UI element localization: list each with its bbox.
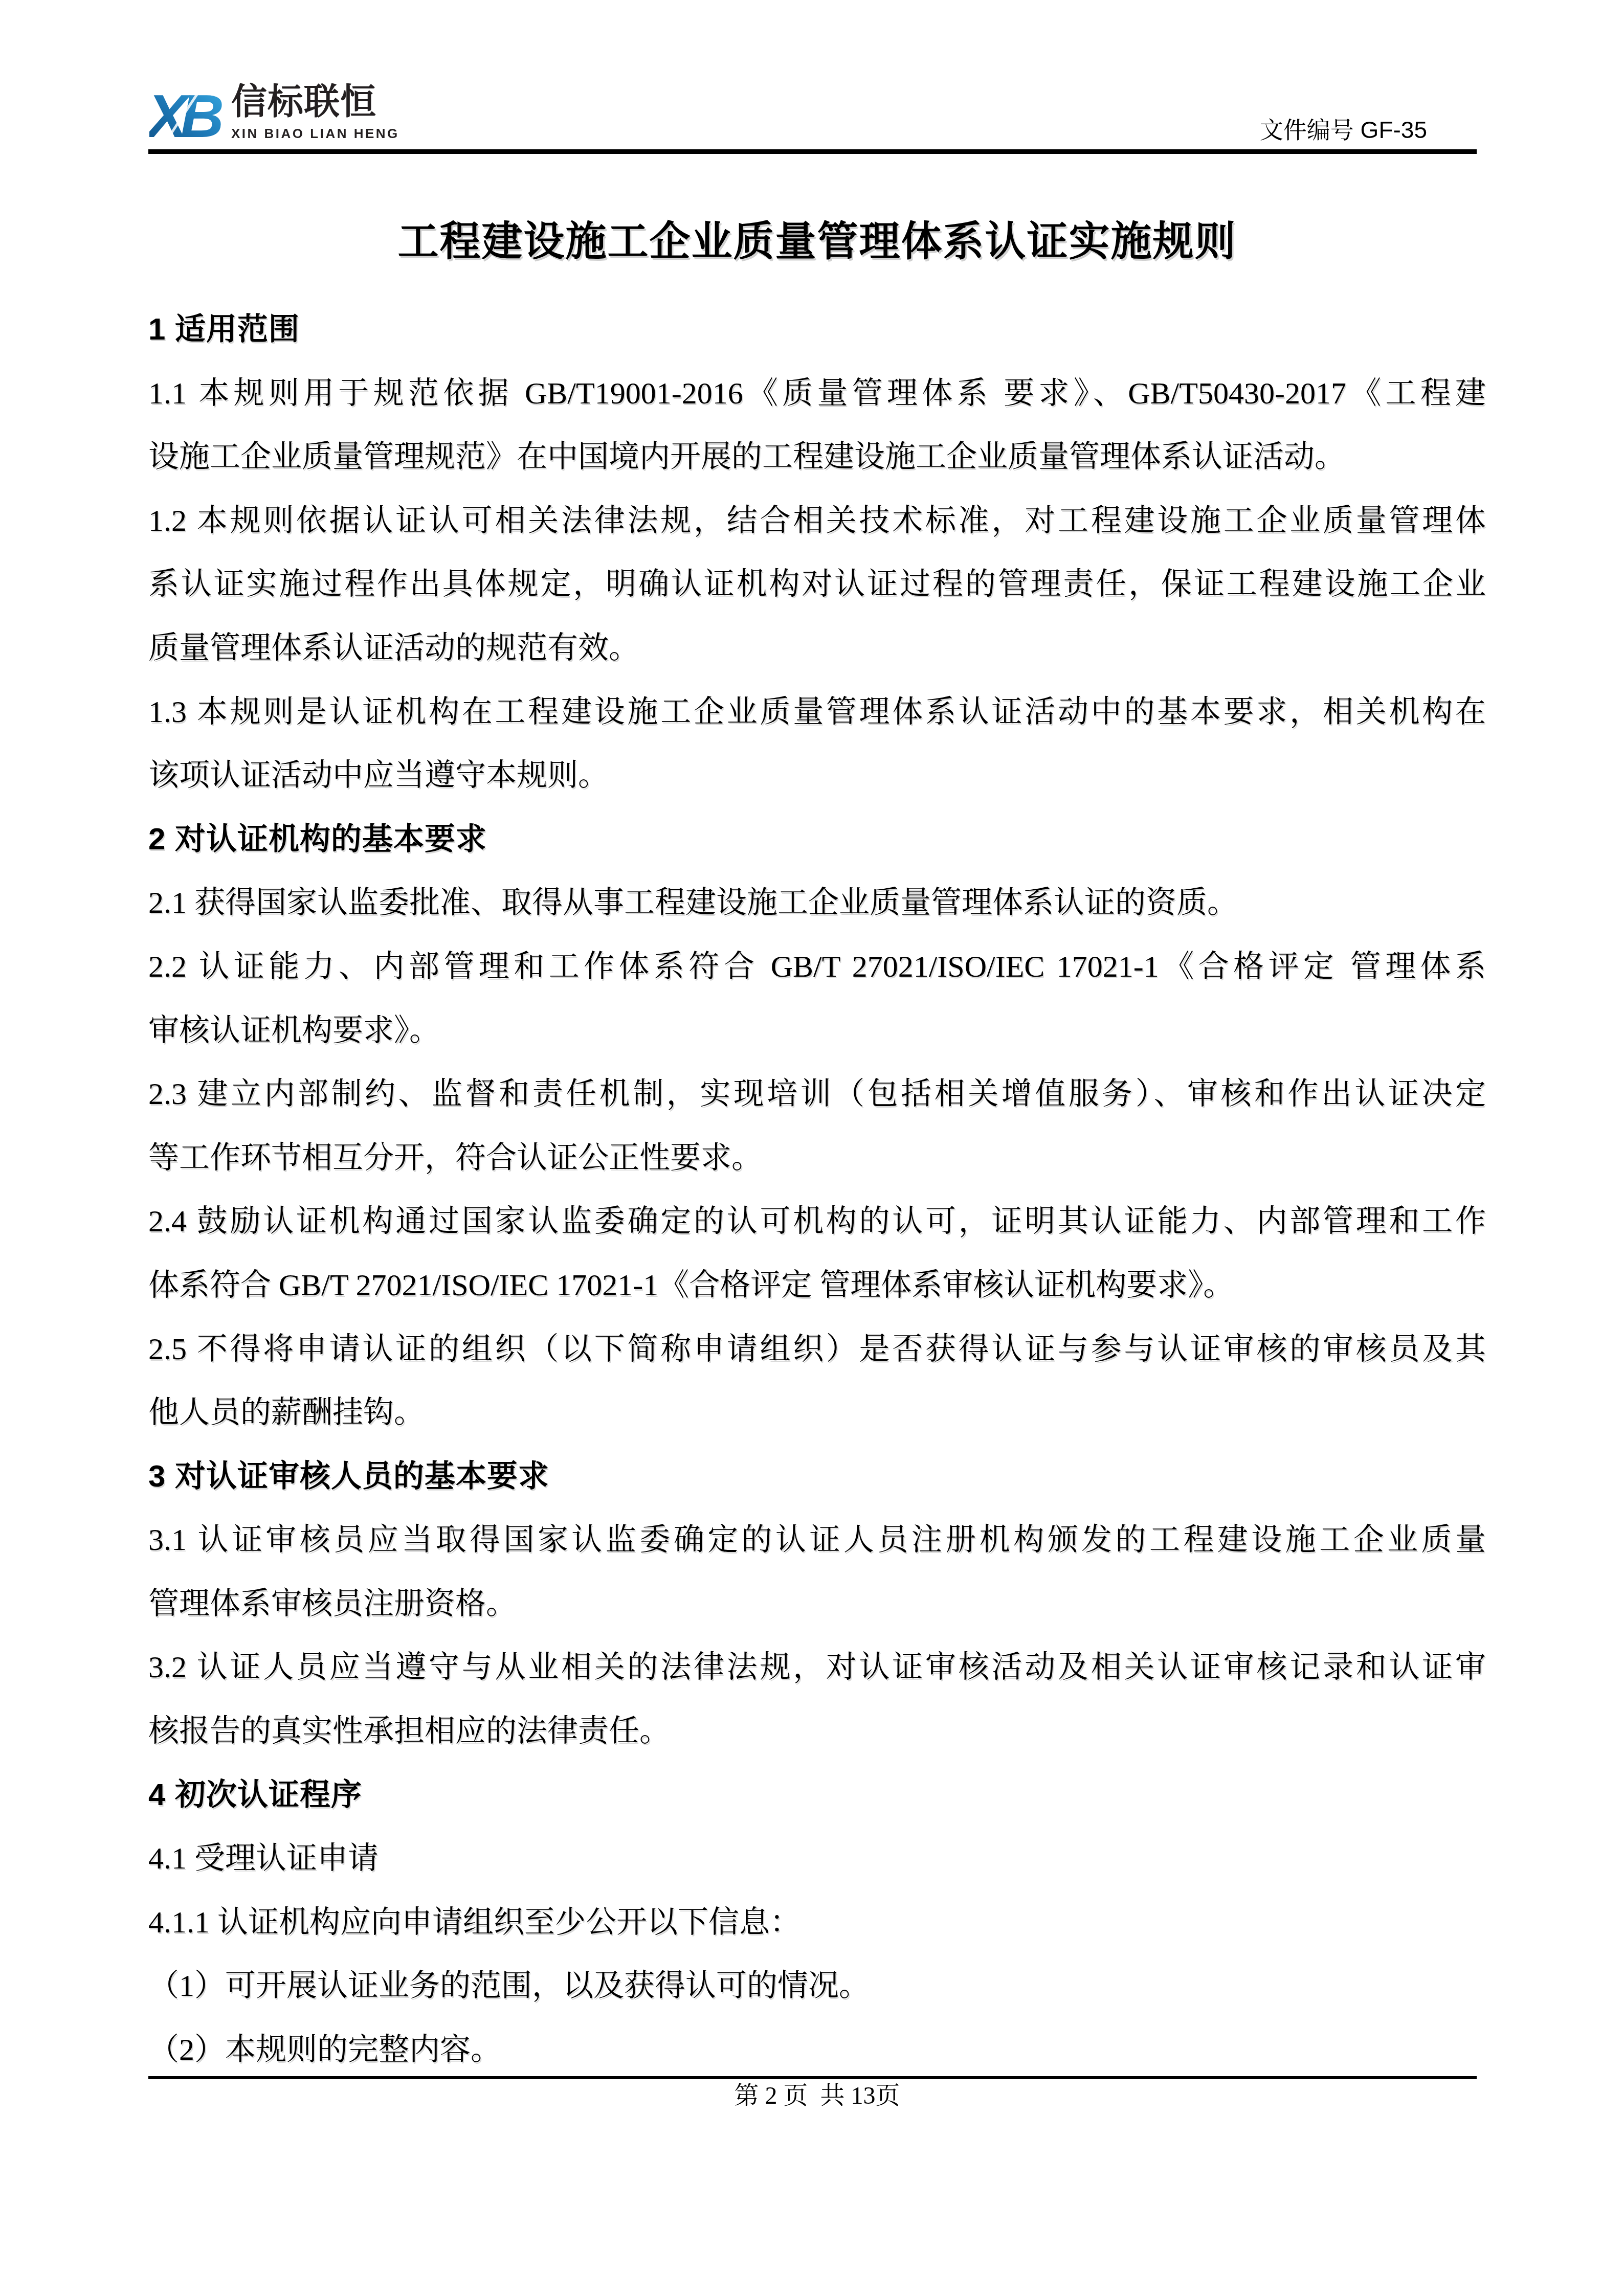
document-body: 1 适用范围 1.1 本规则用于规范依据 GB/T19001-2016《质量管理… <box>148 298 1486 2082</box>
body-line: 该项认证活动中应当遵守本规则。 <box>148 744 1486 807</box>
body-line: 2.3 建立内部制约、监督和责任机制，实现培训（包括相关增值服务）、审核和作出认… <box>148 1062 1486 1126</box>
logo-xb-icon: XB <box>149 83 227 146</box>
body-line: 系认证实施过程作出具体规定，明确认证机构对认证过程的管理责任，保证工程建设施工企… <box>148 552 1486 616</box>
body-line: 他人员的薪酬挂钩。 <box>148 1381 1486 1445</box>
body-line: 1.2 本规则依据认证认可相关法律法规，结合相关技术标准，对工程建设施工企业质量… <box>148 489 1486 553</box>
body-line: 2.1 获得国家认监委批准、取得从事工程建设施工企业质量管理体系认证的资质。 <box>148 871 1486 935</box>
section-heading: 1 适用范围 <box>148 298 1486 362</box>
logo-company-name-en: XIN BIAO LIAN HENG <box>231 126 399 141</box>
section-heading: 3 对认证审核人员的基本要求 <box>148 1445 1486 1509</box>
body-line: 设施工企业质量管理规范》在中国境内开展的工程建设施工企业质量管理体系认证活动。 <box>148 425 1486 489</box>
header-divider <box>148 149 1477 154</box>
page-number: 第 2 页 共 13页 <box>148 2080 1486 2112</box>
body-line: 4.1.1 认证机构应向申请组织至少公开以下信息： <box>148 1890 1486 1954</box>
body-line: 1.3 本规则是认证机构在工程建设施工企业质量管理体系认证活动中的基本要求，相关… <box>148 680 1486 744</box>
body-line: 2.4 鼓励认证机构通过国家认监委确定的认可机构的认可，证明其认证能力、内部管理… <box>148 1189 1486 1253</box>
body-line: 1.1 本规则用于规范依据 GB/T19001-2016《质量管理体系 要求》、… <box>148 362 1486 425</box>
company-logo: XB 信标联恒 XIN BIAO LIAN HENG <box>149 83 372 146</box>
document-title: 工程建设施工企业质量管理体系认证实施规则 <box>148 216 1486 267</box>
section-heading: 2 对认证机构的基本要求 <box>148 807 1486 871</box>
body-line: 4.1 受理认证申请 <box>148 1827 1486 1890</box>
document-page: XB 信标联恒 XIN BIAO LIAN HENG 文件编号 GF-35 工程… <box>0 0 1624 2296</box>
body-line: 核报告的真实性承担相应的法律责任。 <box>148 1699 1486 1763</box>
body-line: （1）可开展认证业务的范围，以及获得认可的情况。 <box>148 1954 1486 2018</box>
section-heading: 4 初次认证程序 <box>148 1763 1486 1827</box>
body-line: 体系符合 GB/T 27021/ISO/IEC 17021-1《合格评定 管理体… <box>148 1253 1486 1317</box>
logo-company-name-cn: 信标联恒 <box>231 82 376 122</box>
body-line: 2.5 不得将申请认证的组织（以下简称申请组织）是否获得认证与参与认证审核的审核… <box>148 1317 1486 1381</box>
body-line: 质量管理体系认证活动的规范有效。 <box>148 616 1486 680</box>
body-line: 管理体系审核员注册资格。 <box>148 1572 1486 1636</box>
body-line: 3.2 认证人员应当遵守与从业相关的法律法规，对认证审核活动及相关认证审核记录和… <box>148 1635 1486 1699</box>
body-line: （2）本规则的完整内容。 <box>148 2018 1486 2082</box>
body-line: 2.2 认证能力、内部管理和工作体系符合 GB/T 27021/ISO/IEC … <box>148 935 1486 999</box>
body-line: 3.1 认证审核员应当取得国家认监委确定的认证人员注册机构颁发的工程建设施工企业… <box>148 1508 1486 1572</box>
body-line: 等工作环节相互分开，符合认证公正性要求。 <box>148 1126 1486 1190</box>
svg-text:XB: XB <box>149 83 222 146</box>
footer-divider <box>148 2076 1477 2079</box>
document-number: 文件编号 GF-35 <box>1260 117 1427 143</box>
body-line: 审核认证机构要求》。 <box>148 999 1486 1063</box>
